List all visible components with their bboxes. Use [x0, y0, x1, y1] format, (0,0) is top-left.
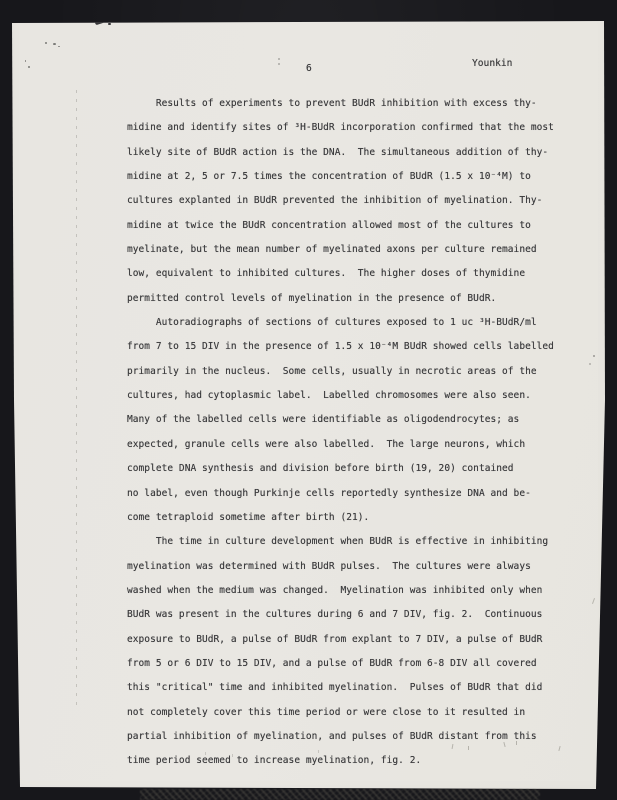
text-line: cultures explanted in BUdR prevented the… — [127, 189, 554, 213]
text-line: expected, granule cells were also labell… — [127, 433, 554, 457]
scanner-background-texture — [140, 789, 540, 800]
manuscript-page: 6 Younkin Results of experiments to prev… — [0, 0, 617, 800]
text-line: no label, even though Purkinje cells rep… — [127, 482, 554, 506]
ink-speck — [25, 60, 26, 62]
author-name: Younkin — [472, 58, 512, 69]
text-line: from 5 or 6 DIV to 15 DIV, and a pulse o… — [127, 652, 554, 676]
text-line: permitted control levels of myelination … — [127, 287, 554, 311]
text-line: cultures, had cytoplasmic label. Labelle… — [127, 384, 554, 408]
text-line: The time in culture development when BUd… — [127, 530, 554, 554]
ink-speck — [28, 66, 30, 68]
text-line: partial inhibition of myelination, and p… — [127, 725, 554, 749]
text-line: midine at twice the BUdR concentration a… — [127, 214, 554, 238]
text-line: Results of experiments to prevent BUdR i… — [127, 92, 554, 116]
text-line: complete DNA synthesis and division befo… — [127, 457, 554, 481]
text-line: midine at 2, 5 or 7.5 times the concentr… — [127, 165, 554, 189]
ink-speck — [58, 46, 60, 47]
text-line: exposure to BUdR, a pulse of BUdR from e… — [127, 628, 554, 652]
pencil-tick — [592, 598, 595, 604]
fold-crease — [76, 90, 77, 705]
text-line: not completely cover this time period or… — [127, 701, 554, 725]
text-line: myelination was determined with BUdR pul… — [127, 555, 554, 579]
text-line: low, equivalent to inhibited cultures. T… — [127, 262, 554, 286]
typed-text-body: Results of experiments to prevent BUdR i… — [127, 92, 554, 774]
text-line: come tetraploid sometime after birth (21… — [127, 506, 554, 530]
text-line: midine and identify sites of ³H-BUdR inc… — [127, 116, 554, 140]
page-number: 6 — [306, 63, 312, 74]
ink-speck — [45, 42, 47, 44]
ink-speck — [589, 363, 591, 365]
text-line: Many of the labelled cells were identifi… — [127, 408, 554, 432]
text-line: time period seemed to increase myelinati… — [127, 749, 554, 773]
text-line: likely site of BUdR action is the DNA. T… — [127, 141, 554, 165]
scanned-document-photo: 6 Younkin Results of experiments to prev… — [0, 0, 617, 800]
pencil-tick — [558, 746, 560, 751]
ink-speck — [593, 355, 595, 357]
edge-nick-mark — [95, 19, 105, 26]
text-line: this "critical" time and inhibited myeli… — [127, 676, 554, 700]
text-line: myelinate, but the mean number of myelin… — [127, 238, 554, 262]
text-line: BUdR was present in the cultures during … — [127, 603, 554, 627]
text-line: washed when the medium was changed. Myel… — [127, 579, 554, 603]
edge-nick-mark — [108, 23, 111, 25]
text-line: Autoradiographs of sections of cultures … — [127, 311, 554, 335]
ink-speck — [53, 43, 56, 45]
text-line: from 7 to 15 DIV in the presence of 1.5 … — [127, 335, 554, 359]
ink-speck — [278, 58, 280, 60]
text-line: primarily in the nucleus. Some cells, us… — [127, 360, 554, 384]
ink-speck — [278, 63, 280, 65]
